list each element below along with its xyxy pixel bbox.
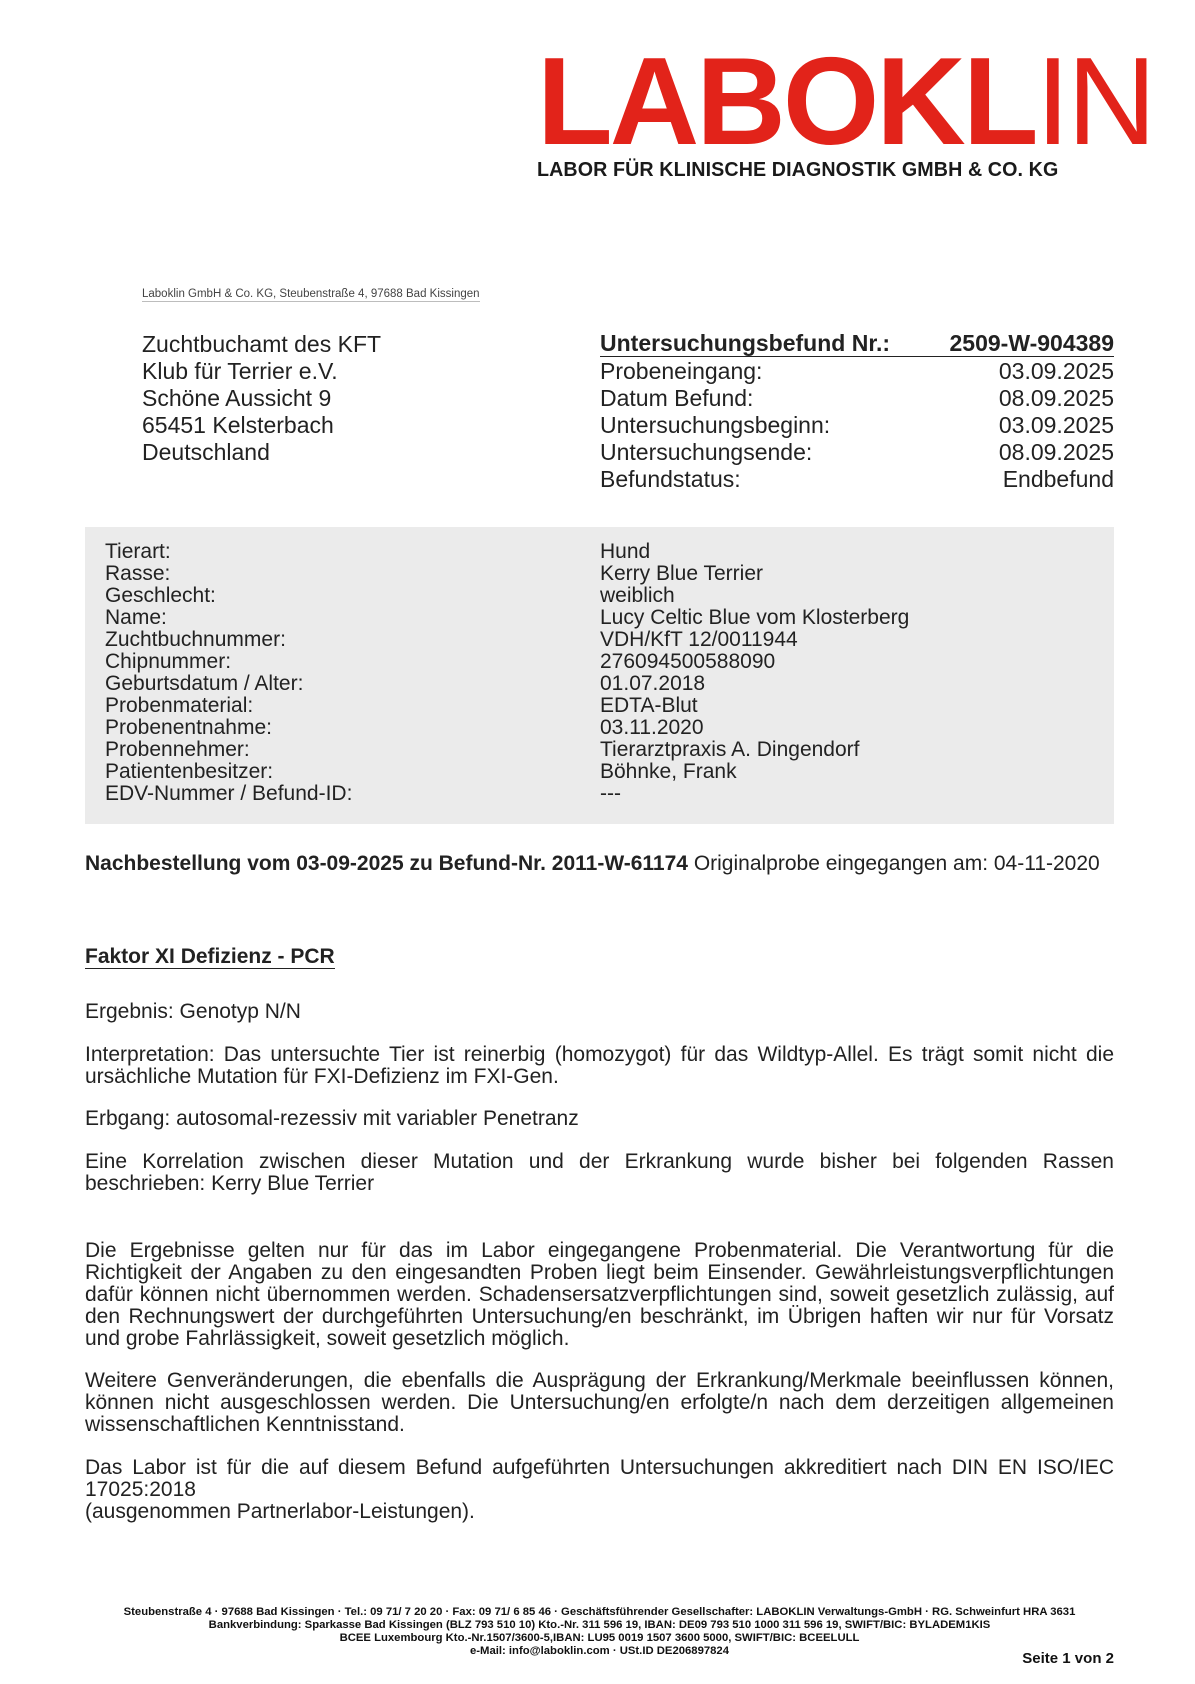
animal-info-row: Rasse:Kerry Blue Terrier [105, 563, 909, 585]
report-number-value: 2509-W-904389 [950, 331, 1114, 356]
footer-line: e-Mail: info@laboklin.com · USt.ID DE206… [85, 1645, 1114, 1658]
info-label: EDV-Nummer / Befund-ID: [105, 783, 600, 805]
disclaimer-other-variants: Weitere Genveränderungen, die ebenfalls … [85, 1370, 1114, 1436]
meta-value: 08.09.2025 [999, 439, 1114, 466]
reorder-bold: Nachbestellung vom 03-09-2025 zu Befund-… [85, 852, 688, 875]
info-label: Patientenbesitzer: [105, 761, 600, 783]
meta-label: Datum Befund: [600, 385, 753, 412]
report-meta: Untersuchungsbefund Nr.: 2509-W-904389 P… [600, 331, 1114, 493]
info-value: Kerry Blue Terrier [600, 563, 763, 585]
logo-text-bold: LABOKL [537, 33, 1036, 171]
test-inheritance: Erbgang: autosomal-rezessiv mit variable… [85, 1108, 1114, 1130]
info-label: Chipnummer: [105, 651, 600, 673]
meta-row-untersuchungsende: Untersuchungsende: 08.09.2025 [600, 439, 1114, 466]
info-label: Tierart: [105, 541, 600, 563]
footer-line: Steubenstraße 4 · 97688 Bad Kissingen · … [85, 1606, 1114, 1619]
laboklin-logo: LABOKLIN [537, 40, 1154, 164]
animal-info-row: Probennehmer:Tierarztpraxis A. Dingendor… [105, 739, 909, 761]
info-label: Geschlecht: [105, 585, 600, 607]
animal-info-table: Tierart:HundRasse:Kerry Blue TerrierGesc… [105, 541, 909, 805]
recipient-line: Zuchtbuchamt des KFT [142, 331, 381, 358]
info-value: Böhnke, Frank [600, 761, 737, 783]
accreditation-line-1: Das Labor ist für die auf diesem Befund … [85, 1457, 1114, 1501]
test-correlation: Eine Korrelation zwischen dieser Mutatio… [85, 1151, 1114, 1195]
sender-address-line: Laboklin GmbH & Co. KG, Steubenstraße 4,… [142, 288, 480, 302]
report-number-label: Untersuchungsbefund Nr.: [600, 331, 890, 356]
footer-line: BCEE Luxembourg Kto.-Nr.1507/3600-5,IBAN… [85, 1632, 1114, 1645]
footer: Steubenstraße 4 · 97688 Bad Kissingen · … [85, 1606, 1114, 1658]
info-value: weiblich [600, 585, 675, 607]
report-number-row: Untersuchungsbefund Nr.: 2509-W-904389 [600, 331, 1114, 357]
recipient-line: Klub für Terrier e.V. [142, 358, 381, 385]
meta-label: Befundstatus: [600, 466, 741, 493]
meta-value: 03.09.2025 [999, 412, 1114, 439]
info-value: --- [600, 783, 621, 805]
animal-info-row: Geburtsdatum / Alter:01.07.2018 [105, 673, 909, 695]
info-value: VDH/KfT 12/0011944 [600, 629, 798, 651]
accreditation-line-2: (ausgenommen Partnerlabor-Leistungen). [85, 1501, 1114, 1523]
recipient-line: 65451 Kelsterbach [142, 412, 381, 439]
test-title: Faktor XI Defizienz - PCR [85, 946, 335, 969]
animal-info-box: Tierart:HundRasse:Kerry Blue TerrierGesc… [85, 527, 1114, 824]
animal-info-row: Chipnummer:276094500588090 [105, 651, 909, 673]
recipient-line: Schöne Aussicht 9 [142, 385, 381, 412]
info-label: Name: [105, 607, 600, 629]
meta-label: Untersuchungsende: [600, 439, 812, 466]
animal-info-row: Probenentnahme:03.11.2020 [105, 717, 909, 739]
info-value: 03.11.2020 [600, 717, 704, 739]
animal-info-row: Probenmaterial:EDTA-Blut [105, 695, 909, 717]
info-label: Zuchtbuchnummer: [105, 629, 600, 651]
info-value: Tierarztpraxis A. Dingendorf [600, 739, 860, 761]
reorder-note: Nachbestellung vom 03-09-2025 zu Befund-… [85, 852, 1114, 875]
info-value: EDTA-Blut [600, 695, 698, 717]
info-value: 276094500588090 [600, 651, 775, 673]
info-value: Hund [600, 541, 650, 563]
animal-info-row: EDV-Nummer / Befund-ID:--- [105, 783, 909, 805]
meta-value: 08.09.2025 [999, 385, 1114, 412]
animal-info-row: Zuchtbuchnummer:VDH/KfT 12/0011944 [105, 629, 909, 651]
test-result: Ergebnis: Genotyp N/N [85, 1001, 1114, 1023]
logo-subtitle: LABOR FÜR KLINISCHE DIAGNOSTIK GMBH & CO… [537, 158, 1058, 182]
meta-row-untersuchungsbeginn: Untersuchungsbeginn: 03.09.2025 [600, 412, 1114, 439]
meta-row-befundstatus: Befundstatus: Endbefund [600, 466, 1114, 493]
recipient-address: Zuchtbuchamt des KFT Klub für Terrier e.… [142, 331, 381, 466]
info-label: Probennehmer: [105, 739, 600, 761]
meta-value: 03.09.2025 [999, 358, 1114, 385]
meta-label: Untersuchungsbeginn: [600, 412, 830, 439]
meta-label: Probeneingang: [600, 358, 762, 385]
recipient-line: Deutschland [142, 439, 381, 466]
animal-info-row: Patientenbesitzer:Böhnke, Frank [105, 761, 909, 783]
logo-text-thin: IN [1036, 33, 1154, 171]
animal-info-row: Geschlecht:weiblich [105, 585, 909, 607]
info-label: Probenmaterial: [105, 695, 600, 717]
reorder-normal: Originalprobe eingegangen am: 04-11-2020 [688, 852, 1100, 875]
disclaimer-accreditation: Das Labor ist für die auf diesem Befund … [85, 1457, 1114, 1523]
test-interpretation: Interpretation: Das untersuchte Tier ist… [85, 1044, 1114, 1088]
info-label: Rasse: [105, 563, 600, 585]
info-value: Lucy Celtic Blue vom Klosterberg [600, 607, 909, 629]
meta-value: Endbefund [1003, 466, 1114, 493]
disclaimer-liability: Die Ergebnisse gelten nur für das im Lab… [85, 1240, 1114, 1350]
info-label: Probenentnahme: [105, 717, 600, 739]
animal-info-row: Tierart:Hund [105, 541, 909, 563]
animal-info-row: Name:Lucy Celtic Blue vom Klosterberg [105, 607, 909, 629]
meta-row-datum-befund: Datum Befund: 08.09.2025 [600, 385, 1114, 412]
meta-row-probeneingang: Probeneingang: 03.09.2025 [600, 358, 1114, 385]
footer-line: Bankverbindung: Sparkasse Bad Kissingen … [85, 1619, 1114, 1632]
info-label: Geburtsdatum / Alter: [105, 673, 600, 695]
page-indicator: Seite 1 von 2 [1022, 1650, 1114, 1667]
info-value: 01.07.2018 [600, 673, 705, 695]
